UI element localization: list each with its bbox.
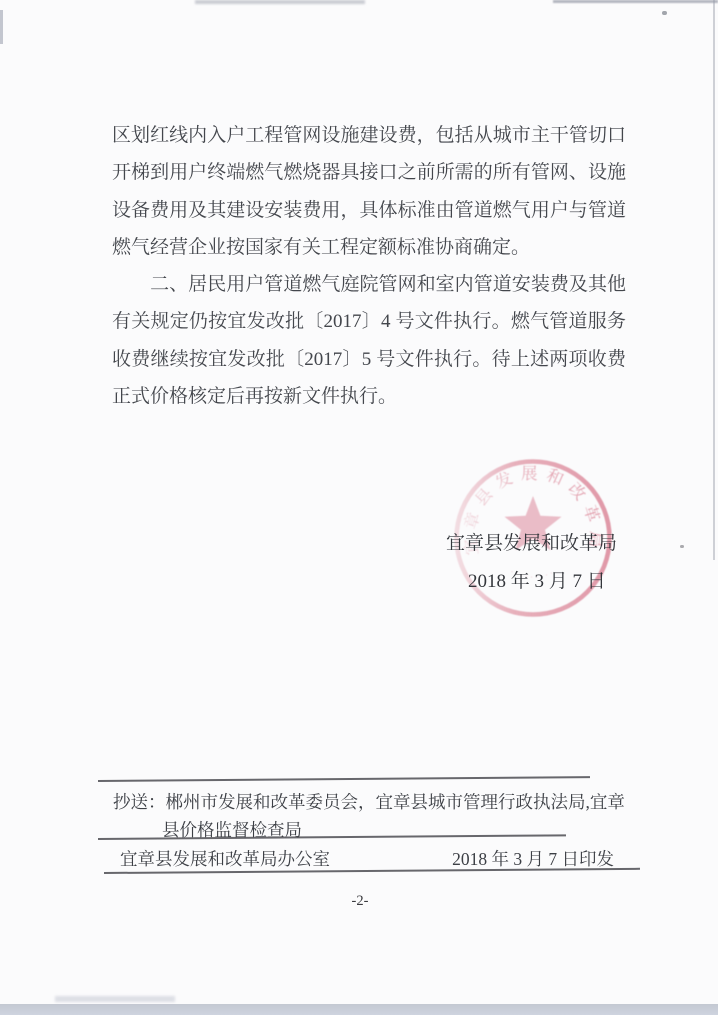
footer-issue-row: 宜章县发展和改革局办公室 2018 年 3 月 7 日印发: [120, 846, 614, 871]
scanned-document-page: 区划红线内入户工程管网设施建设费，包括从城市主干管切口开梯到用户终端燃气燃烧器具…: [0, 0, 718, 1015]
body-text: 区划红线内入户工程管网设施建设费，包括从城市主干管切口开梯到用户终端燃气燃烧器具…: [112, 117, 626, 415]
body-line: 设备费用及其建设安装费用，具体标准由管道燃气用户与管道: [112, 192, 626, 229]
scan-smudge: [553, 0, 718, 3]
ink-speck: [680, 545, 684, 548]
body-line: 区划红线内入户工程管网设施建设费，包括从城市主干管切口: [112, 117, 626, 154]
scan-smudge: [55, 996, 175, 1002]
scan-edge-mark: [0, 10, 3, 44]
body-line: 二、居民用户管道燃气庭院管网和室内管道安装费及其他: [112, 266, 626, 303]
signature-date: 2018 年 3 月 7 日: [468, 566, 606, 593]
scan-speck: [662, 11, 667, 15]
body-line: 开梯到用户终端燃气燃烧器具接口之前所需的所有管网、设施: [112, 154, 626, 191]
footer-cc-line1: 抄送：郴州市发展和改革委员会，宜章县城市管理行政执法局,宜章: [113, 789, 625, 814]
scan-edge-line: [713, 0, 715, 560]
scan-bottom-strip: [0, 1004, 718, 1015]
body-line: 燃气经营企业按国家有关工程定额标准协商确定。: [112, 229, 626, 266]
signature-agency: 宜章县发展和改革局: [446, 528, 617, 555]
footer-issuer: 宜章县发展和改革局办公室: [120, 846, 330, 871]
body-line: 有关规定仍按宜发改批〔2017〕4 号文件执行。燃气管道服务: [112, 303, 626, 340]
page-number: -2-: [340, 893, 380, 910]
body-line: 正式价格核定后再按新文件执行。: [112, 378, 626, 415]
footer-divider-top: [98, 776, 590, 781]
body-line: 收费继续按宜发改批〔2017〕5 号文件执行。待上述两项收费: [112, 341, 626, 378]
scan-smudge: [195, 0, 365, 4]
